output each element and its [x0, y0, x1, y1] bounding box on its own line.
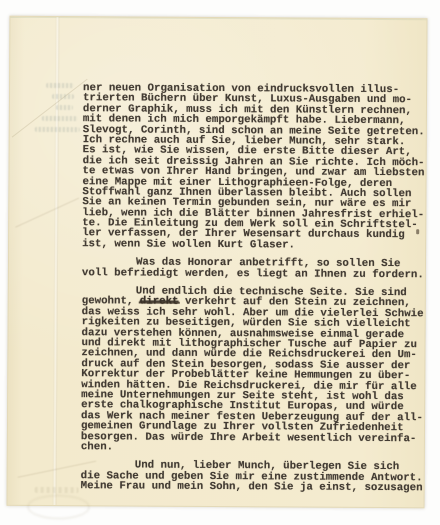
text-line: voll befriedigt werden, es liegt an Ihne… [82, 268, 434, 281]
paper-crease [12, 79, 88, 138]
paragraph: ner neuen Organisation von eindrucksvoll… [82, 83, 435, 251]
bleed-through-mark [35, 487, 79, 493]
bleed-through-mark [46, 83, 74, 88]
letter-text: ner neuen Organisation von eindrucksvoll… [81, 83, 435, 494]
letter-page: ner neuen Organisation von eindrucksvoll… [7, 16, 428, 509]
bleed-through-mark [35, 127, 80, 132]
paragraph: Und nun, lieber Munch, überlegen Sie sic… [81, 460, 433, 493]
text-line: besorgen. Das würde Ihre Arbeit wesentli… [81, 432, 433, 445]
paper-crease [15, 198, 79, 228]
paragraph: Und endlich die technische Seite. Sie si… [81, 286, 434, 454]
bleed-through-mark [42, 116, 78, 121]
bleed-through-mark [56, 105, 73, 110]
paragraph: Was das Honorar anbetrifft, so sollen Si… [82, 257, 434, 280]
bleed-through-mark [52, 94, 74, 99]
paper-smudge [27, 495, 89, 519]
text-line: Meine Frau und mein Sohn, den Sie ja ein… [81, 481, 433, 494]
letter-scan: ner neuen Organisation von eindrucksvoll… [0, 0, 440, 525]
fold-crease [53, 17, 60, 505]
struck-word: direkt [140, 296, 179, 308]
